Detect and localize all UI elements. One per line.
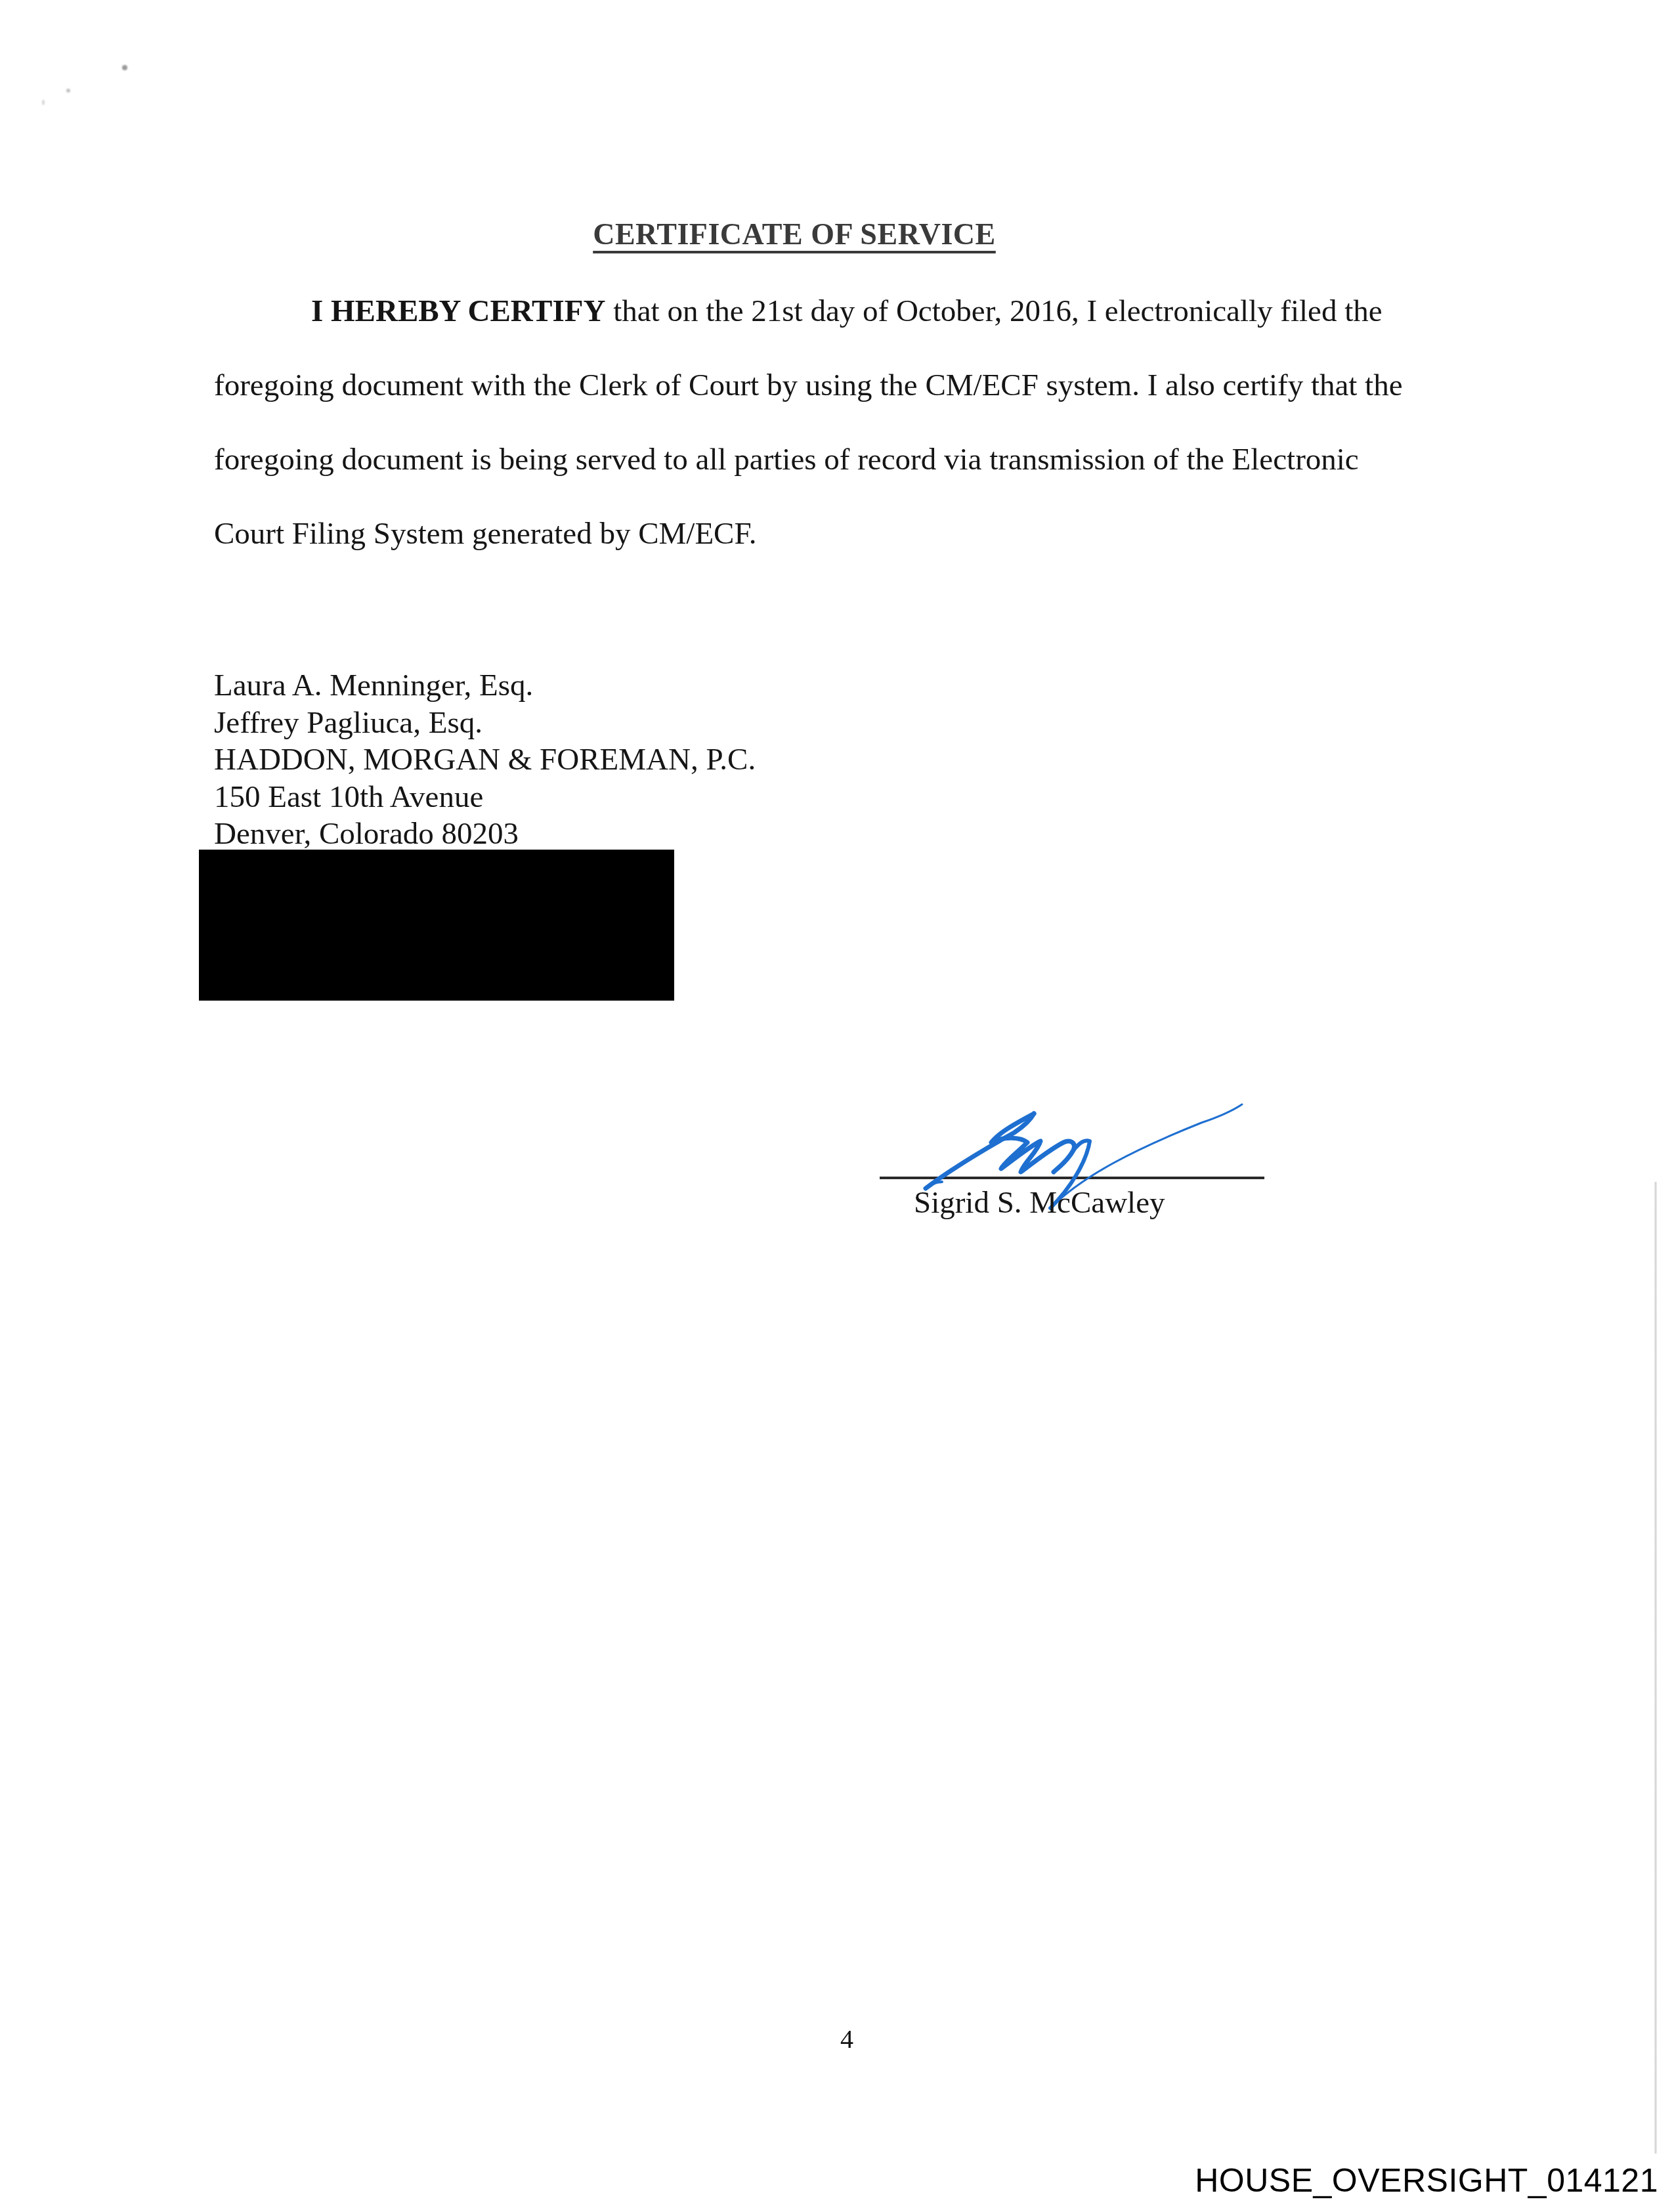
scan-speck (122, 65, 127, 70)
service-list-line: Denver, Colorado 80203 (214, 815, 756, 853)
body-paragraph-line-1: I HEREBY CERTIFY that on the 21st day of… (311, 293, 1383, 330)
certify-lead: I HEREBY CERTIFY (311, 294, 605, 328)
bates-number: HOUSE_OVERSIGHT_014121 (1195, 2161, 1658, 2200)
service-list: Laura A. Menninger, Esq. Jeffrey Pagliuc… (214, 667, 756, 853)
certificate-title: CERTIFICATE OF SERVICE (0, 217, 1674, 251)
service-list-line: HADDON, MORGAN & FOREMAN, P.C. (214, 741, 756, 779)
body-text: that on the 21st day of October, 2016, I… (605, 294, 1382, 328)
document-page: CERTIFICATE OF SERVICE I HEREBY CERTIFY … (0, 0, 1674, 2212)
service-list-line: Jeffrey Pagliuca, Esq. (214, 705, 756, 742)
body-text: Court Filing System generated by CM/ECF. (214, 517, 757, 551)
body-text: foregoing document is being served to al… (214, 443, 1359, 477)
redaction-box (199, 850, 674, 1001)
scan-speck (66, 89, 70, 93)
body-text: foregoing document with the Clerk of Cou… (214, 368, 1403, 402)
scan-edge-shadow (1654, 1182, 1657, 2154)
service-list-line: 150 East 10th Avenue (214, 779, 756, 816)
certificate-title-text: CERTIFICATE OF SERVICE (593, 217, 996, 251)
body-paragraph-line-2: foregoing document with the Clerk of Cou… (214, 367, 1403, 404)
page-number: 4 (0, 2024, 1674, 2054)
body-paragraph-line-3: foregoing document is being served to al… (214, 441, 1359, 478)
scan-speck (42, 100, 45, 105)
service-list-line: Laura A. Menninger, Esq. (214, 667, 756, 705)
signatory-name: Sigrid S. McCawley (914, 1184, 1165, 1221)
body-paragraph-line-4: Court Filing System generated by CM/ECF. (214, 515, 757, 552)
